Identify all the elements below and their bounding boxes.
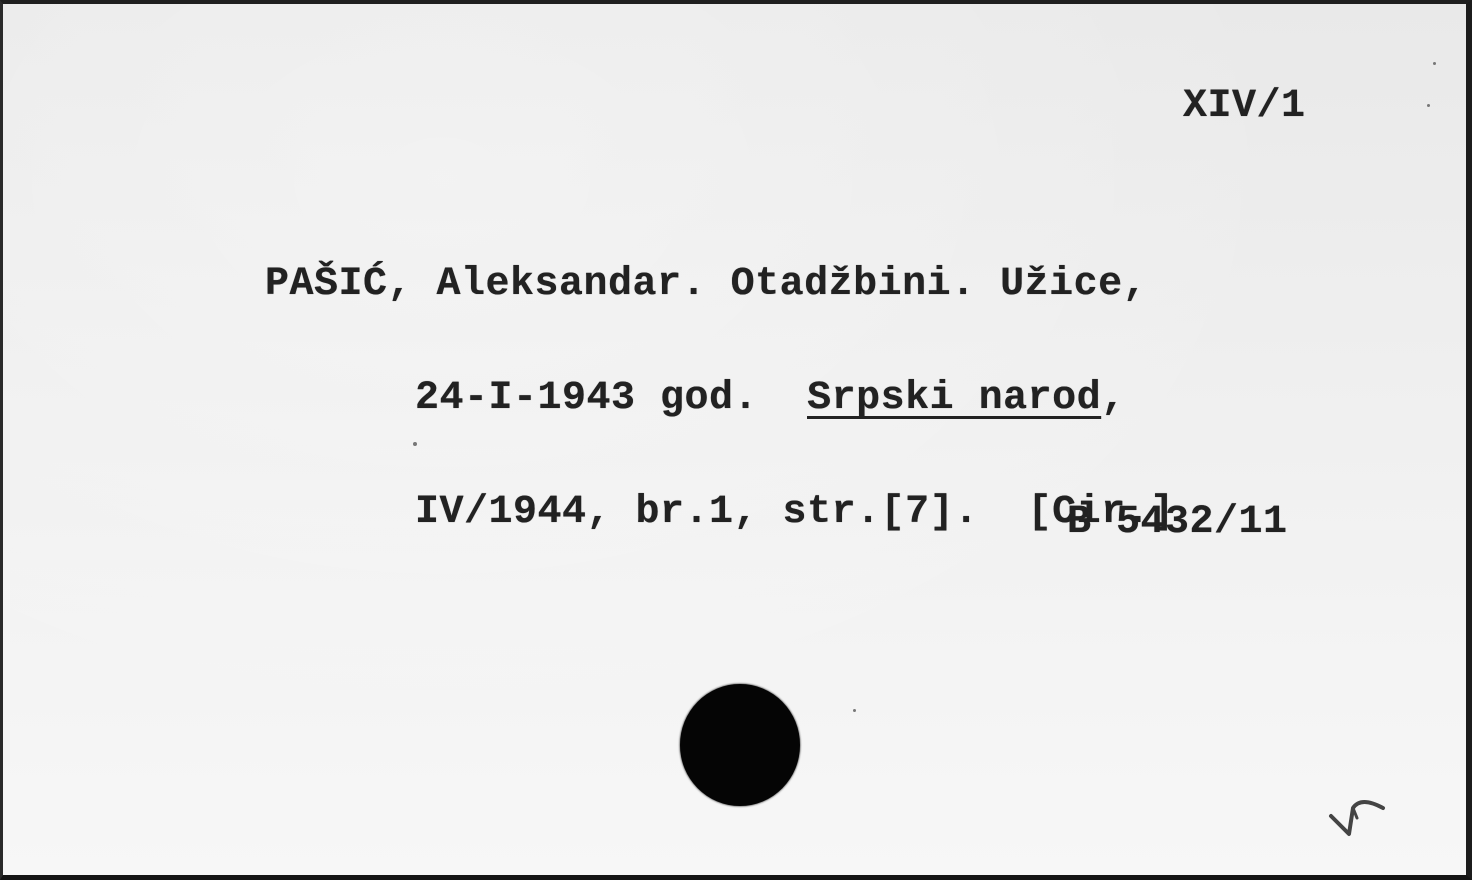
paper-speck	[413, 442, 417, 446]
shelf-number: B 5432/11	[1067, 504, 1288, 542]
catalog-card: XIV/1 PAŠIĆ, Aleksandar. Otadžbini. Užic…	[0, 0, 1472, 880]
entry-line-author-title: PAŠIĆ, Aleksandar. Otadžbini. Užice,	[265, 266, 1175, 304]
punch-hole	[680, 684, 800, 806]
entry-source-title: Srpski narod	[807, 376, 1101, 421]
paper-speck	[853, 709, 856, 712]
call-number: XIV/1	[1183, 88, 1306, 126]
bibliographic-entry: PAŠIĆ, Aleksandar. Otadžbini. Užice, 24-…	[265, 190, 1175, 608]
entry-line-date-source: 24-I-1943 god. Srpski narod,	[265, 380, 1175, 418]
entry-line-issue: IV/1944, br.1, str.[7]. [Cir.]	[265, 494, 1175, 532]
entry-date: 24-I-1943 god.	[415, 376, 807, 421]
paper-speck	[1427, 104, 1430, 107]
entry-comma: ,	[1101, 376, 1126, 421]
paper-speck	[1433, 62, 1436, 65]
check-mark-icon	[1323, 794, 1403, 854]
